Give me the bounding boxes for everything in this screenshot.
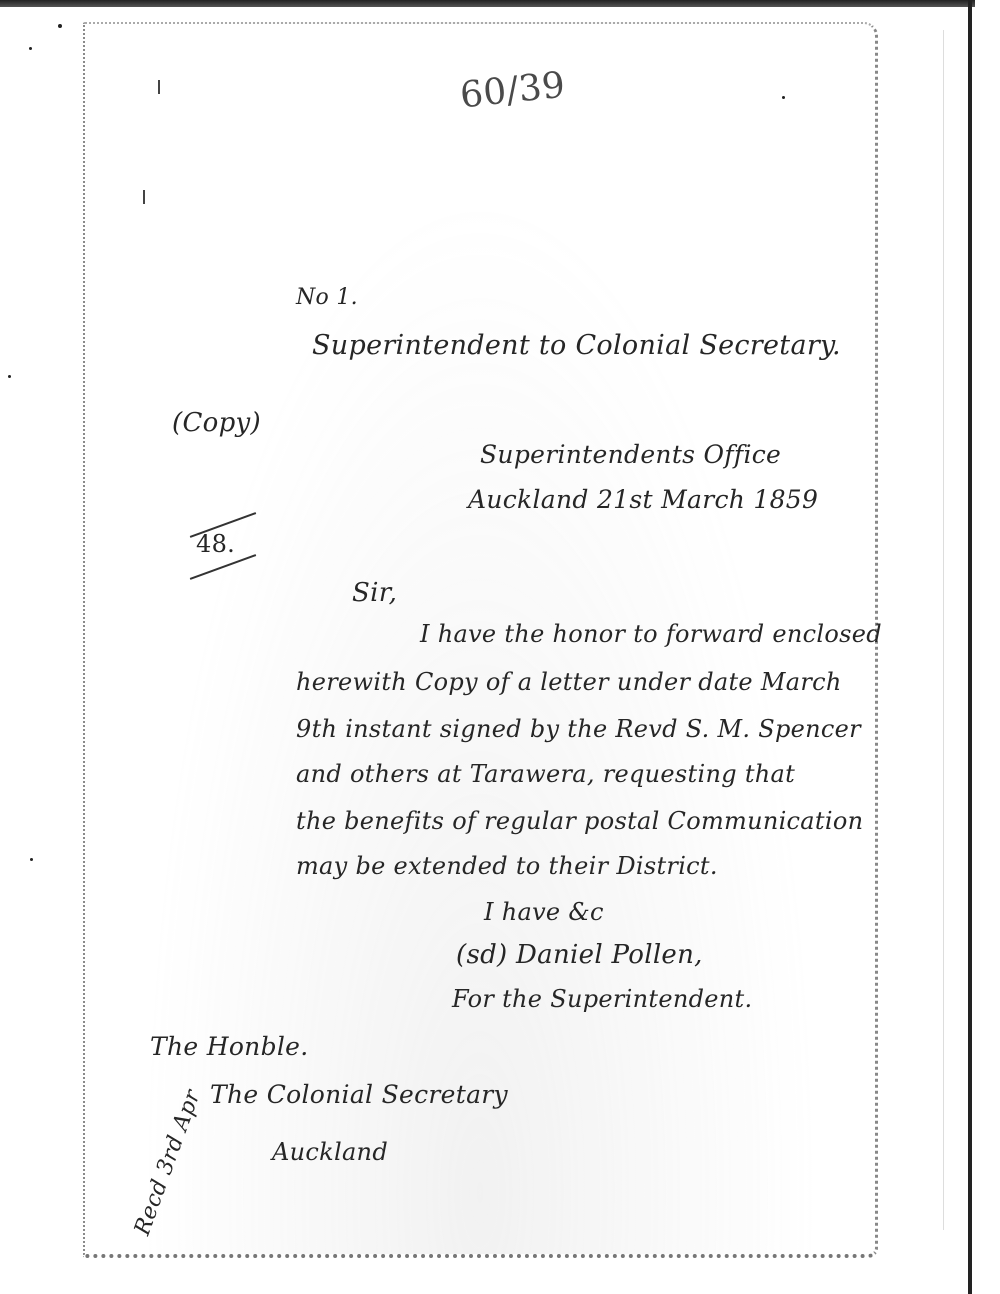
scan-faint-line	[943, 30, 944, 1230]
addressee-line: Auckland	[272, 1138, 388, 1166]
body-line: the benefits of regular postal Communica…	[296, 807, 863, 835]
signature-role: For the Superintendent.	[452, 985, 752, 1013]
scan-speck	[29, 47, 32, 50]
scan-top-edge	[0, 0, 975, 7]
reference-number: 48.	[196, 530, 235, 558]
scan-speck	[8, 375, 11, 378]
body-line: I have the honor to forward enclosed	[420, 620, 882, 648]
letter-number: No 1.	[296, 285, 358, 310]
addressee-line: The Honble.	[150, 1032, 309, 1061]
closing: I have &c	[484, 898, 604, 926]
body-line: 9th instant signed by the Revd S. M. Spe…	[296, 715, 861, 743]
scan-speck	[58, 24, 62, 28]
copy-mark: (Copy)	[172, 408, 261, 438]
signature: (sd) Daniel Pollen,	[456, 940, 703, 970]
letter-heading: Superintendent to Colonial Secretary.	[312, 330, 841, 361]
addressee-line: The Colonial Secretary	[210, 1080, 508, 1109]
office-line: Superintendents Office	[480, 440, 781, 469]
place-date-line: Auckland 21st March 1859	[468, 485, 818, 514]
scan-speck	[30, 858, 33, 861]
body-line: may be extended to their District.	[296, 852, 718, 880]
body-line: herewith Copy of a letter under date Mar…	[296, 668, 842, 696]
scan-right-edge	[968, 0, 972, 1294]
salutation: Sir,	[352, 578, 397, 608]
body-line: and others at Tarawera, requesting that	[296, 760, 795, 788]
